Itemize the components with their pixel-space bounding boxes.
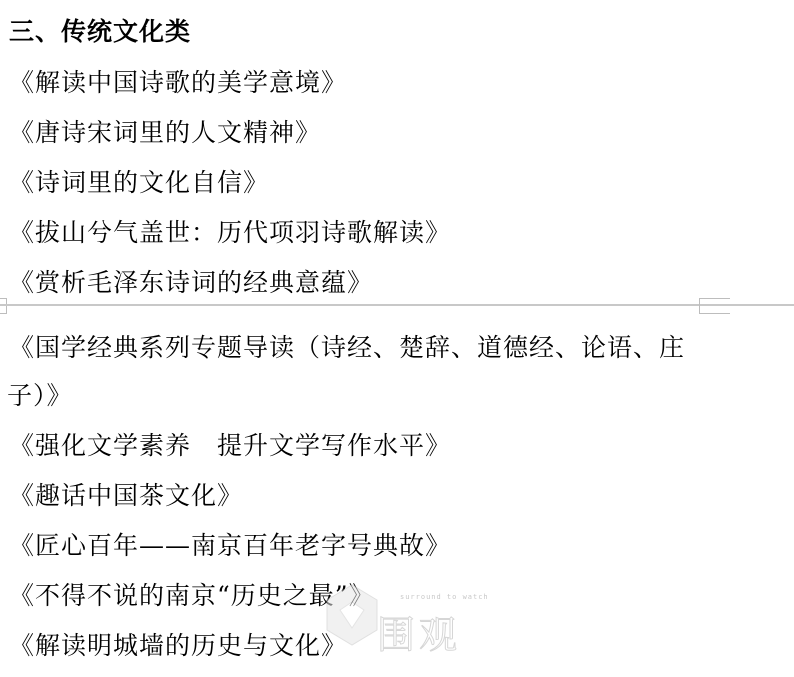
list-item: 《强化文学素养 提升文学写作水平》 xyxy=(9,426,451,462)
watermark-text: 围观 xyxy=(377,604,461,659)
list-item: 《匠心百年——南京百年老字号典故》 xyxy=(9,526,451,562)
list-item: 《拔山兮气盖世：历代项羽诗歌解读》 xyxy=(9,213,451,249)
list-item: 《趣话中国茶文化》 xyxy=(9,476,243,512)
list-item: 《解读明城墙的历史与文化》 xyxy=(9,626,347,662)
list-item: 《唐诗宋词里的人文精神》 xyxy=(9,113,321,149)
list-item: 《诗词里的文化自信》 xyxy=(9,163,269,199)
watermark-caption: surround to watch xyxy=(400,593,489,601)
list-item: 《解读中国诗歌的美学意境》 xyxy=(9,63,347,99)
list-item: 《赏析毛泽东诗词的经典意蕴》 xyxy=(9,263,373,299)
page-corner-mark-left xyxy=(0,298,7,314)
list-item: 《不得不说的南京“历史之最”》 xyxy=(9,576,375,612)
list-item-continuation: 子）》 xyxy=(7,376,73,412)
section-heading: 三、传统文化类 xyxy=(9,12,191,48)
watermark-logo-icon xyxy=(322,580,382,650)
page-break-divider xyxy=(0,304,794,306)
list-item: 《国学经典系列专题导读（诗经、楚辞、道德经、论语、庄 xyxy=(9,328,685,364)
page-corner-mark-right xyxy=(699,298,730,314)
watermark: surround to watch 围观 xyxy=(322,580,472,650)
